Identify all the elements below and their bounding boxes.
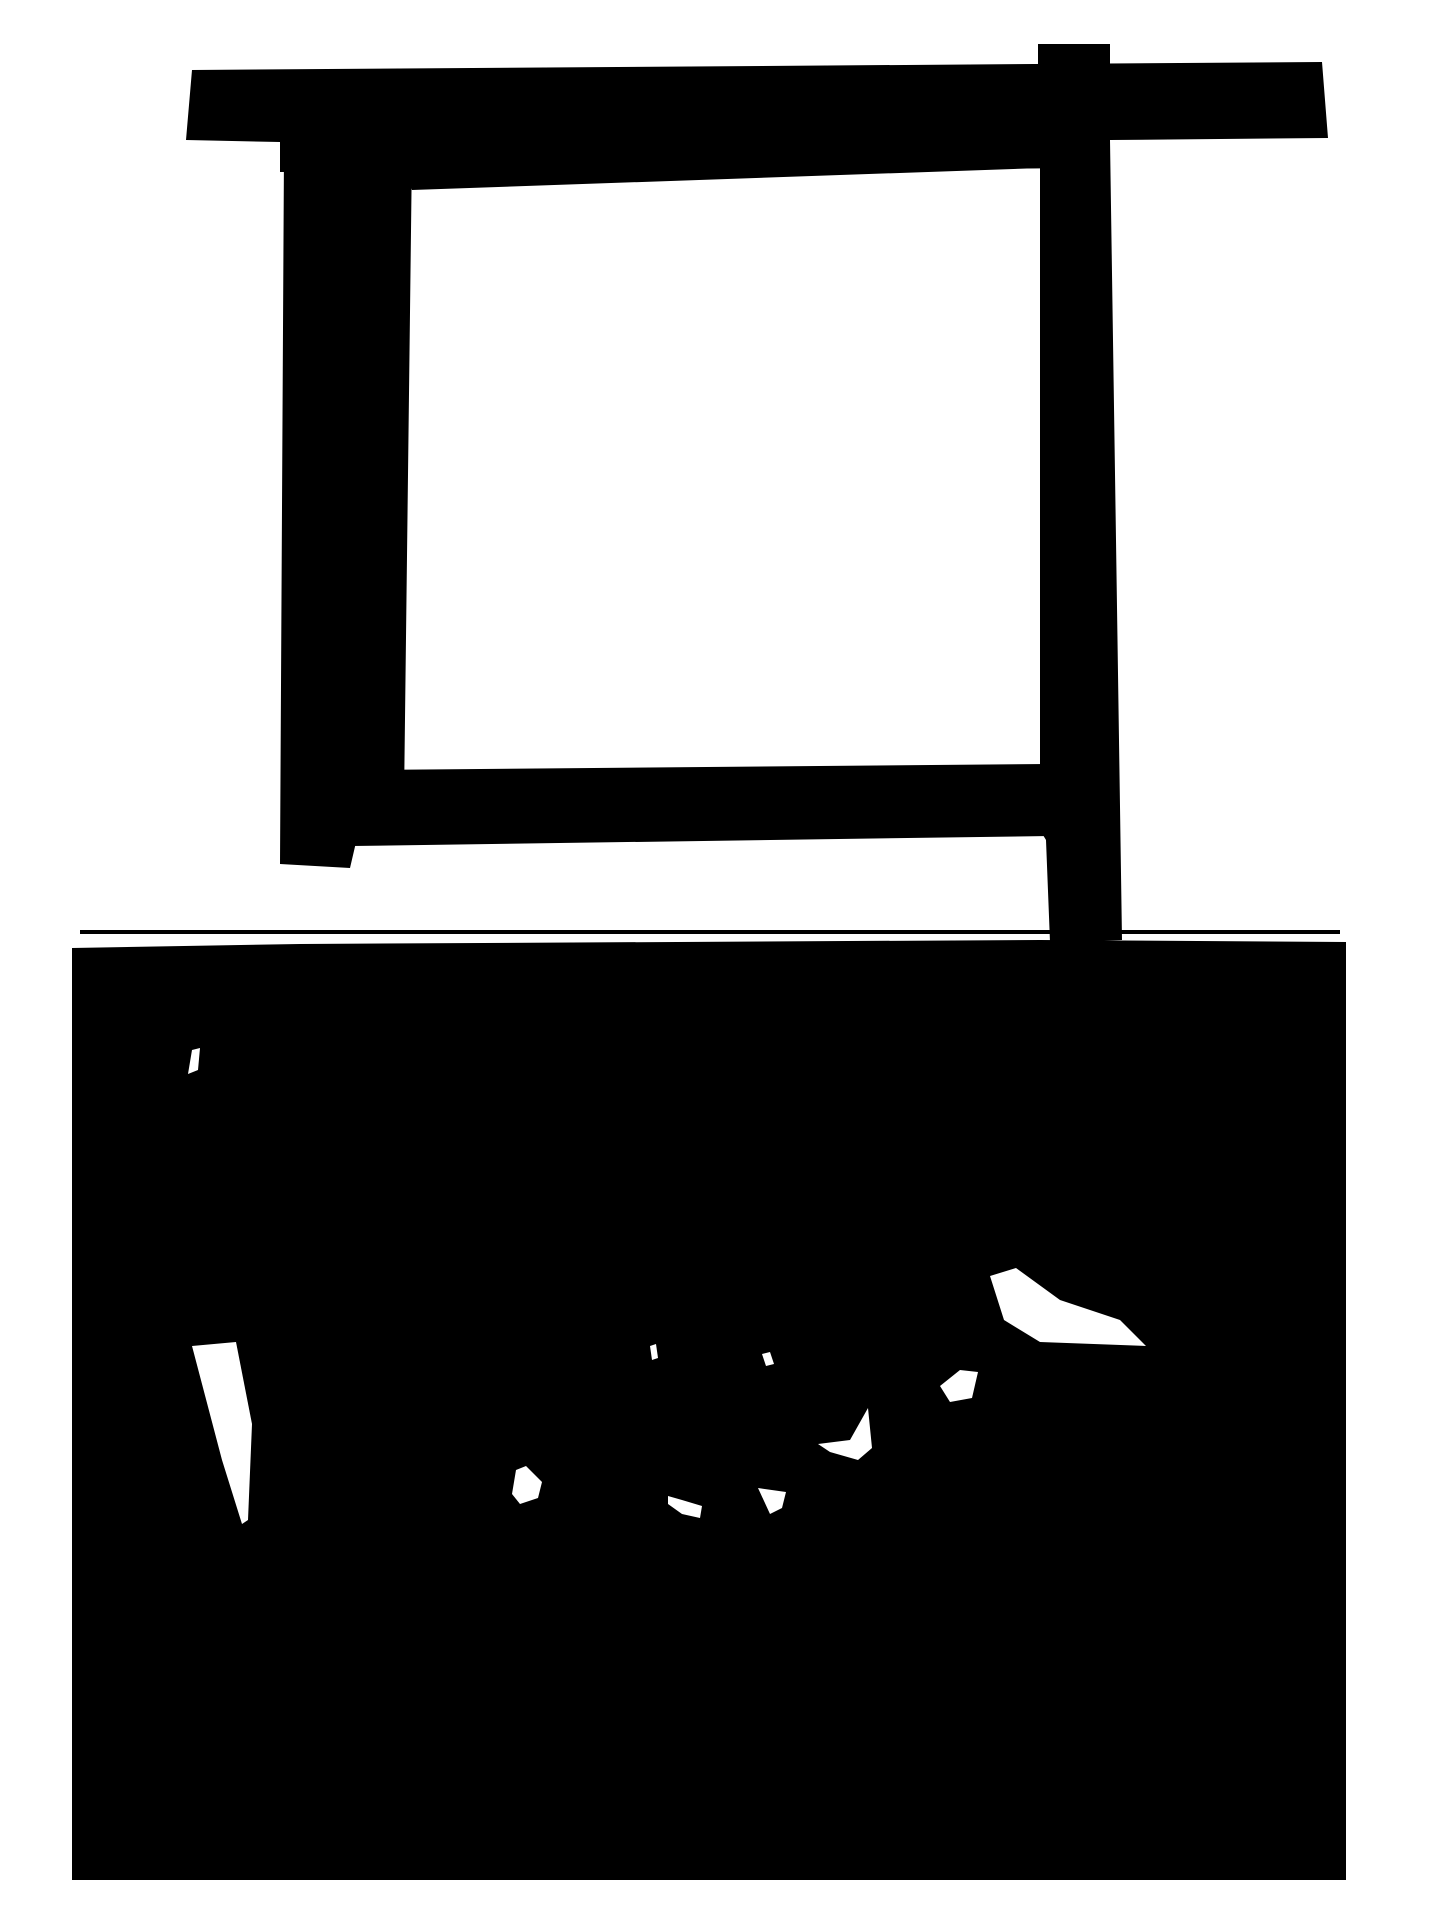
- frame-right-post: [1040, 140, 1122, 942]
- frame-left-post: [280, 150, 412, 868]
- frame-bottom-bar: [352, 764, 1050, 846]
- photograph: [0, 0, 1443, 1920]
- ground-surface: [72, 940, 1346, 1880]
- frame-right-post-cap: [1038, 44, 1110, 84]
- horizon-line: [80, 930, 1340, 934]
- ground: [72, 930, 1346, 1880]
